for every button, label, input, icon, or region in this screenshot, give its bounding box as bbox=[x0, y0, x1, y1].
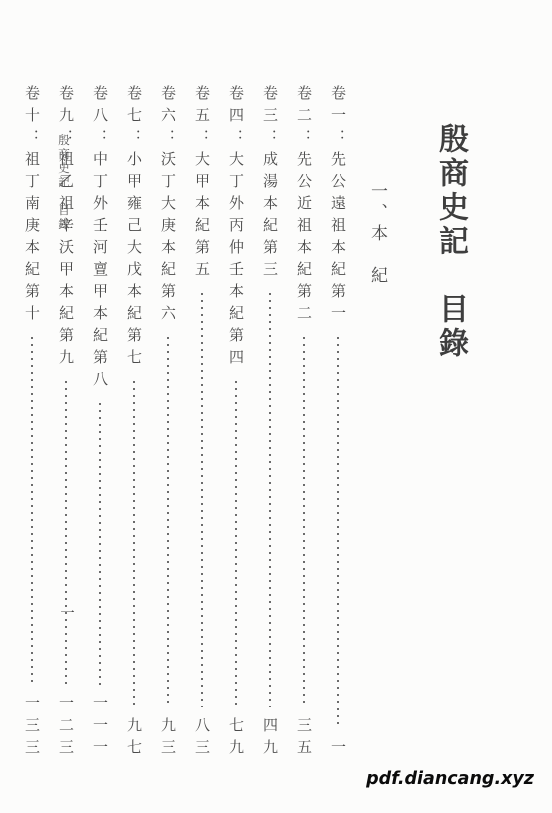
dot-leader bbox=[201, 293, 203, 707]
toc-entry-label: 卷五：大甲本紀第五 bbox=[191, 85, 212, 283]
toc-entry: 卷六：沃丁大庚本紀第六 九三 bbox=[157, 85, 178, 761]
toc-entry-page: 一一一 bbox=[89, 695, 110, 761]
toc-entry-page: 七九 bbox=[225, 717, 246, 761]
toc-entry-page: 一 bbox=[327, 739, 348, 761]
dot-leader bbox=[99, 403, 101, 685]
toc-entry-page: 三五 bbox=[293, 717, 314, 761]
toc-entry: 卷八：中丁外壬河亶甲本紀第八 一一一 bbox=[89, 85, 110, 761]
dot-leader bbox=[167, 337, 169, 707]
scanned-book-page: 殷商史記 目錄 一、本 紀 卷一：先公遠祖本紀第一 一 卷二：先公近祖本紀第二 … bbox=[0, 0, 552, 813]
dot-leader bbox=[269, 293, 271, 707]
toc-entry: 卷七：小甲雍己大戊本紀第七 九七 bbox=[123, 85, 144, 761]
toc-entry-label: 卷七：小甲雍己大戊本紀第七 bbox=[123, 85, 144, 371]
toc-entry: 卷二：先公近祖本紀第二 三五 bbox=[293, 85, 314, 761]
section-heading: 一、本 紀 bbox=[365, 182, 390, 287]
toc-entry-page: 八三 bbox=[191, 717, 212, 761]
toc-entry-label: 卷一：先公遠祖本紀第一 bbox=[327, 85, 348, 327]
toc-entry-page: 一三三 bbox=[21, 695, 42, 761]
toc-entry: 卷四：大丁外丙仲壬本紀第四 七九 bbox=[225, 85, 246, 761]
toc-entry: 卷五：大甲本紀第五 八三 bbox=[191, 85, 212, 761]
dot-leader bbox=[31, 337, 33, 685]
toc-entry-label: 卷二：先公近祖本紀第二 bbox=[293, 85, 314, 327]
toc-entry: 卷三：成湯本紀第三 四九 bbox=[259, 85, 280, 761]
dot-leader bbox=[235, 381, 237, 707]
dot-leader bbox=[337, 337, 339, 729]
dot-leader bbox=[65, 381, 67, 685]
watermark-text: pdf.diancang.xyz bbox=[366, 769, 534, 789]
toc-entry-label: 卷十：祖丁南庚本紀第十 bbox=[21, 85, 42, 327]
toc-entry-label: 卷三：成湯本紀第三 bbox=[259, 85, 280, 283]
toc-entry-label: 卷六：沃丁大庚本紀第六 bbox=[157, 85, 178, 327]
folio-page-number: 一 bbox=[56, 605, 77, 620]
toc-entry: 卷十：祖丁南庚本紀第十 一三三 bbox=[21, 85, 42, 761]
toc-entry-label: 卷四：大丁外丙仲壬本紀第四 bbox=[225, 85, 246, 371]
dot-leader bbox=[303, 337, 305, 707]
toc-entry-page: 一二三 bbox=[55, 695, 76, 761]
toc-entry: 卷一：先公遠祖本紀第一 一 bbox=[327, 85, 348, 761]
toc-entry-page: 四九 bbox=[259, 717, 280, 761]
book-title: 殷商史記 目錄 bbox=[428, 123, 472, 361]
toc-entry-label: 卷八：中丁外壬河亶甲本紀第八 bbox=[89, 85, 110, 393]
dot-leader bbox=[133, 381, 135, 707]
toc-entry-page: 九七 bbox=[123, 717, 144, 761]
running-footer-title: 殷商史記 目錄 bbox=[55, 134, 71, 232]
toc-entry-page: 九三 bbox=[157, 717, 178, 761]
